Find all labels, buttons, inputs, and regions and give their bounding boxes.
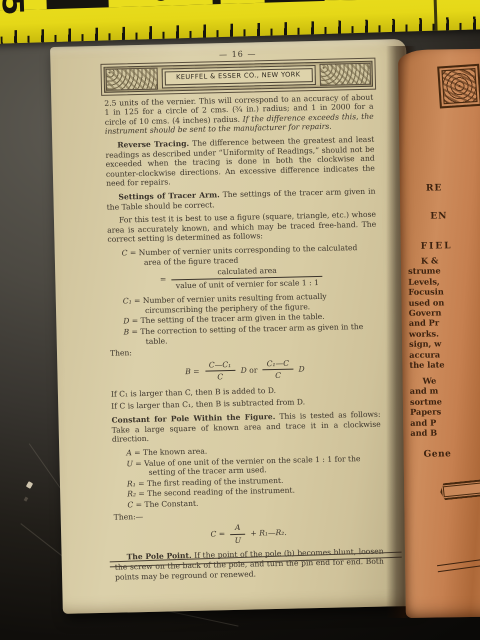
test-figure-text: For this test it is best to use a figure… [107,210,376,244]
tape-number-patch [220,0,265,4]
cover-header-1: RE [426,183,442,193]
header-banner: KEUFFEL & ESSER CO., NEW YORK [103,60,373,92]
formula-C-rhs: + R₁—R₂. [250,528,287,538]
cover-paragraph-1: K & strume Levels, Focusin used on Gover… [408,253,480,370]
symbol-R2: R₂ [127,490,136,499]
tape-number-patch [324,0,367,1]
definition-C1-text: = Number of vernier units resulting from… [134,292,327,315]
symbol-A: A [126,448,132,457]
formula-C-num: A [230,523,245,535]
formula-C-den: U [231,534,246,545]
equals-sign: = [160,275,167,284]
formula-B-fraction-2: C₁—CC [263,358,294,381]
symbol-R1: R₁ [127,479,136,488]
fraction-calculated-area: = calculated areavalue of unit of vernie… [108,264,377,292]
paragraph-test-figure: For this test it is best to use a figure… [107,210,377,245]
cover-line: Papers [410,404,480,417]
page-content: — 16 — KEUFFEL & ESSER CO., NEW YORK 2.5… [103,47,384,586]
fraction: calculated areavalue of unit of vernier … [171,265,323,291]
manual-page: — 16 — KEUFFEL & ESSER CO., NEW YORK 2.5… [50,39,419,614]
symbol-D: D [123,317,129,326]
symbol-U: U [126,459,133,468]
definition-A-text: = The known area. [134,447,207,458]
formula-B-D2: D [298,364,304,373]
measuring-tape: 75 7 6 6 [0,0,480,44]
cover-double-rule [437,557,480,572]
formula-B-frac2-den: C [263,370,293,381]
paragraph-settings-tracer-arm: Settings of Tracer Arm. The settings of … [106,187,375,212]
formula-C-fraction: AU [230,523,245,546]
paper-speck [26,481,33,489]
symbol-C-constant: C [127,500,133,509]
tape-number: 75 [0,0,28,16]
symbol-B: B [123,327,129,336]
cover-footer-text: Gene [424,449,452,459]
symbol-C1: C₁ [123,297,132,306]
cover-line: K & [408,253,480,266]
paragraph-reverse-tracing: Reverse Tracing. The difference between … [105,135,375,189]
cover-line: sign, w [409,336,480,349]
paragraph-accuracy: 2.5 units of the vernier. This will corr… [104,92,374,136]
cover-paragraph-2: We and m sortme Papers and P and B [410,373,480,438]
formula-C: C = AU + R₁—R₂. [114,520,383,548]
definition-C-text: = Number of vernier units corresponding … [130,243,358,266]
formula-B-lhs: B = [185,367,200,376]
cover-line: and Pr [409,315,480,328]
paragraph-constant-pole: Constant for Pole Within the Figure. Thi… [111,410,381,445]
corner-ornament-icon [437,64,480,109]
page-number: — 16 — [103,47,372,63]
formula-B: B = C—C₁C D or C₁—CC D [110,356,379,384]
publisher-name: KEUFFEL & ESSER CO., NEW YORK [161,65,315,88]
formula-B-fraction-1: C—C₁C [205,360,236,383]
cover-line: and B [410,425,480,438]
formula-B-frac1-num: C—C₁ [205,360,236,372]
banner-ornament-left-icon [106,67,158,90]
orange-cover-page: RE EN FIEL K & strume Levels, Focusin us… [398,49,480,618]
formula-B-frac1-den: C [205,371,235,382]
cover-line: strume [408,263,480,276]
cover-line: We [410,373,480,386]
definition-B-text: = The correction to setting of the trace… [131,322,363,346]
definition-C-constant-text: = The Constant. [136,499,199,509]
formula-B-or: or [249,365,257,374]
fraction-denominator: value of unit of vernier for scale 1 : 1 [172,277,323,291]
cover-line: Focusin [408,284,480,297]
symbol-C: C [122,248,128,257]
ribbon-ornament-icon [439,479,480,501]
cover-header-3: FIEL [421,241,453,251]
cover-line: the late [409,357,480,370]
formula-B-frac2-num: C₁—C [263,358,294,370]
formula-C-lhs: C = [210,529,225,538]
formula-B-D1: D [241,366,247,375]
cover-header-2: EN [430,211,447,221]
definition-U-text: = Value of one unit of the vernier on th… [135,454,360,477]
banner-ornament-right-icon [319,62,371,85]
cover-line: and m [410,383,480,396]
